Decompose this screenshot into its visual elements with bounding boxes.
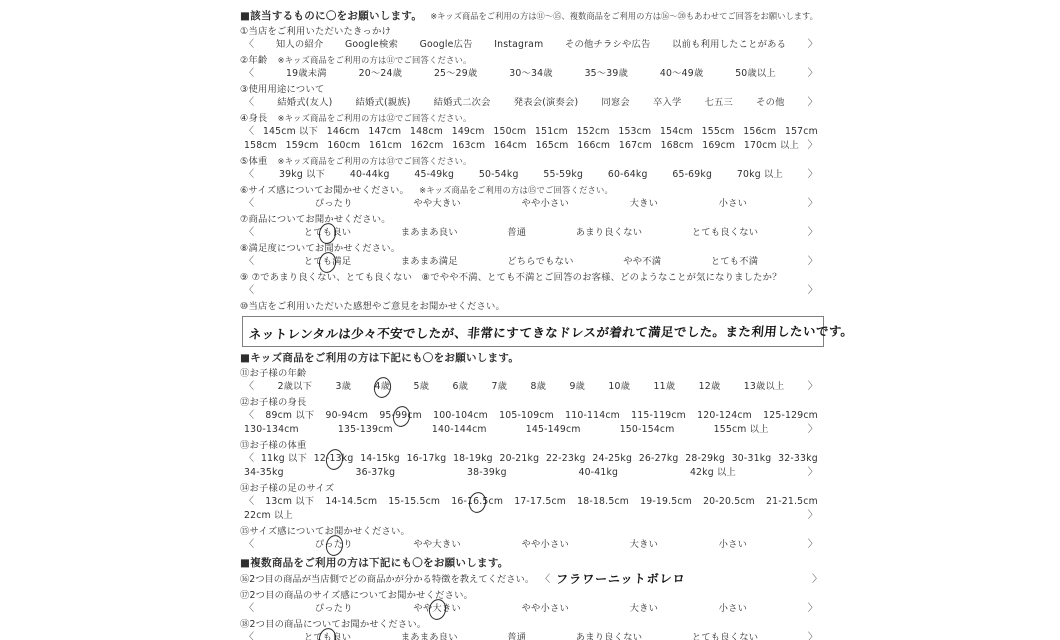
option: 140-144cm bbox=[432, 423, 487, 437]
option: 11kg 以下 bbox=[261, 452, 307, 466]
option: 150cm bbox=[493, 125, 526, 139]
option: 14-14.5cm bbox=[325, 495, 377, 509]
option: どちらでもない bbox=[507, 255, 573, 269]
handwritten-answer: フラワーニットボレロ bbox=[555, 572, 686, 588]
option: 9歳 bbox=[569, 380, 585, 394]
option: 小さい bbox=[719, 602, 748, 616]
option: 21-21.5cm bbox=[766, 495, 818, 509]
option: 164cm bbox=[494, 139, 527, 153]
question-label: ⑦商品についてお聞かせください。 bbox=[240, 213, 822, 226]
bracket-open: 〈 bbox=[244, 602, 254, 616]
question-label: ④身長※キッズ商品をご利用の方は⑫でご回答ください。 bbox=[240, 112, 822, 125]
option: とても良くない bbox=[692, 631, 758, 640]
question-label-text: ⑧満足度についてお聞かせください。 bbox=[240, 243, 400, 254]
answer-box: ネットレンタルは少々不安でしたが、非常にすてきなドレスが着れて満足でした。また利… bbox=[242, 316, 824, 347]
option: 166cm bbox=[577, 139, 610, 153]
bracket-close: 〉 bbox=[808, 226, 818, 240]
option: 13歳以上 bbox=[744, 380, 785, 394]
option: ぴったり bbox=[315, 602, 353, 616]
option: 158cm bbox=[244, 139, 277, 153]
option: あまり良くない bbox=[576, 631, 642, 640]
question-label: ⑥サイズ感についてお聞かせください。※キッズ商品をご利用の方は⑮でご回答ください… bbox=[240, 184, 822, 197]
question-label: ⑮サイズ感についてお聞かせください。 bbox=[240, 525, 822, 538]
option: 42kg 以上 bbox=[690, 466, 736, 480]
question-label-text: ⑪お子様の年齢 bbox=[240, 368, 306, 379]
option: Google広告 bbox=[420, 38, 473, 52]
bracket-open: 〈 bbox=[244, 168, 254, 182]
section-header: ■該当するものに〇をお願いします。※キッズ商品をご利用の方は⑪～⑮、複数商品をご… bbox=[240, 9, 822, 23]
option: 知人の紹介 bbox=[276, 38, 324, 52]
handwritten-answer: ネットレンタルは少々不安でしたが、非常にすてきなドレスが着れて満足でした。また利… bbox=[248, 321, 854, 342]
option: 110-114cm bbox=[565, 409, 620, 423]
option: 28-29kg bbox=[685, 452, 725, 466]
option: 大きい bbox=[630, 602, 659, 616]
question-label-text: ⑱2つ目の商品についてお聞かせください。 bbox=[240, 619, 426, 630]
option: 151cm bbox=[535, 125, 568, 139]
option: 34-35kg bbox=[244, 466, 284, 480]
options-row: 〈39kg 以下40-44kg45-49kg50-54kg55-59kg60-6… bbox=[240, 168, 822, 182]
option-circled: やや大きい bbox=[413, 602, 461, 616]
option: 120-124cm bbox=[697, 409, 752, 423]
option: 170cm 以上 bbox=[744, 139, 799, 153]
bracket-open: 〈 bbox=[244, 96, 254, 110]
option: 39kg 以下 bbox=[279, 168, 325, 182]
option: Google検索 bbox=[345, 38, 398, 52]
option: とても不満 bbox=[711, 255, 759, 269]
option: 159cm bbox=[286, 139, 319, 153]
bracket-close: 〉 bbox=[808, 255, 818, 269]
bracket-open: 〈 bbox=[244, 67, 254, 81]
question-label: ⑩当店をご利用いただいた感想やご意見をお聞かせください。 bbox=[240, 300, 822, 313]
bracket-close: 〉 bbox=[808, 38, 818, 52]
option: 10歳 bbox=[608, 380, 630, 394]
options-row: 〈19歳未満20～24歳25～29歳30～34歳35～39歳40～49歳50歳以… bbox=[240, 67, 822, 81]
option: まあまあ良い bbox=[401, 631, 458, 640]
bracket-close: 〉 bbox=[808, 602, 818, 616]
option: 135-139cm bbox=[338, 423, 393, 437]
option: まあまあ良い bbox=[401, 226, 458, 240]
question-label-text: ⑬お子様の体重 bbox=[240, 440, 306, 451]
option: 7歳 bbox=[491, 380, 507, 394]
bracket-close: 〉 bbox=[808, 423, 818, 437]
option: 26-27kg bbox=[639, 452, 679, 466]
option: 普通 bbox=[507, 226, 526, 240]
option: 130-134cm bbox=[244, 423, 299, 437]
option-circled: 16-16.5cm bbox=[451, 495, 503, 509]
bracket-open: 〈 bbox=[244, 631, 254, 640]
option: 50歳以上 bbox=[735, 67, 776, 81]
option: 36-37kg bbox=[355, 466, 395, 480]
option: 157cm bbox=[785, 125, 818, 139]
option: 普通 bbox=[507, 631, 526, 640]
option: やや不満 bbox=[623, 255, 661, 269]
option: やや小さい bbox=[521, 197, 569, 211]
option: 100-104cm bbox=[433, 409, 488, 423]
section-header: ■キッズ商品をご利用の方は下記にも〇をお願いします。 bbox=[240, 351, 822, 365]
question-note: ※キッズ商品をご利用の方は⑫でご回答ください。 bbox=[278, 113, 472, 123]
scanned-survey-page: ■該当するものに〇をお願いします。※キッズ商品をご利用の方は⑪～⑮、複数商品をご… bbox=[0, 0, 1060, 640]
option: 22cm 以上 bbox=[244, 509, 293, 523]
option: 149cm bbox=[452, 125, 485, 139]
option: 8歳 bbox=[530, 380, 546, 394]
options-row: 〈13cm 以下14-14.5cm15-15.5cm16-16.5cm17-17… bbox=[240, 495, 822, 523]
section-header: ■複数商品をご利用の方は下記にも〇をお願いします。 bbox=[240, 556, 822, 570]
question-label-text: ⑭お子様の足のサイズ bbox=[240, 483, 334, 494]
bracket-close: 〉 bbox=[808, 197, 818, 211]
option: 147cm bbox=[368, 125, 401, 139]
question-label: ⑤体重※キッズ商品をご利用の方は⑬でご回答ください。 bbox=[240, 155, 822, 168]
option: 150-154cm bbox=[620, 423, 675, 437]
option-circled: とても満足 bbox=[304, 255, 352, 269]
bracket-close: 〉 bbox=[808, 466, 818, 480]
option: 大きい bbox=[630, 538, 659, 552]
option: 167cm bbox=[619, 139, 652, 153]
bracket-close: 〉 bbox=[808, 509, 818, 523]
option-circled: 12-13kg bbox=[314, 452, 354, 466]
question-label: ①当店をご利用いただいたきっかけ bbox=[240, 25, 822, 38]
option-circled: 95-99cm bbox=[379, 409, 422, 423]
option: その他 bbox=[756, 96, 785, 110]
bracket-close: 〉 bbox=[808, 67, 818, 81]
option: 35～39歳 bbox=[585, 67, 628, 81]
option: 15-15.5cm bbox=[388, 495, 440, 509]
option: 11歳 bbox=[654, 380, 676, 394]
bracket-open: 〈 bbox=[244, 495, 254, 509]
bracket-close: 〉 bbox=[812, 572, 822, 587]
question-label-text: ⑫お子様の身長 bbox=[240, 397, 306, 408]
option: 55-59kg bbox=[543, 168, 583, 182]
option: 20-20.5cm bbox=[703, 495, 755, 509]
option: 50-54kg bbox=[479, 168, 519, 182]
question-label: ⑪お子様の年齢 bbox=[240, 367, 822, 380]
option: 結婚式(親族) bbox=[355, 96, 410, 110]
question-label-text: ②年齢 bbox=[240, 55, 268, 66]
option: 5歳 bbox=[414, 380, 430, 394]
option: とても良くない bbox=[692, 226, 758, 240]
option: 165cm bbox=[536, 139, 569, 153]
option: 70kg 以上 bbox=[737, 168, 783, 182]
option-circled: 4歳 bbox=[375, 380, 391, 394]
option: 105-109cm bbox=[499, 409, 554, 423]
option: あまり良くない bbox=[576, 226, 642, 240]
question-label: ⑨ ⑦であまり良くない、とても良くない ⑧でやや不満、とても不満とご回答のお客様… bbox=[240, 271, 822, 284]
question-label-text: ⑨ ⑦であまり良くない、とても良くない ⑧でやや不満、とても不満とご回答のお客様… bbox=[240, 272, 782, 283]
bracket-close: 〉 bbox=[808, 380, 818, 394]
option: 19-19.5cm bbox=[640, 495, 692, 509]
option: 2歳以下 bbox=[278, 380, 313, 394]
question-label: ③使用用途について bbox=[240, 83, 822, 96]
inline-answer-row: ⑯2つ目の商品が当店側でどの商品かが分かる特徴を教えてください。〈フラワーニット… bbox=[240, 572, 822, 587]
option: 18-18.5cm bbox=[577, 495, 629, 509]
option: 146cm bbox=[327, 125, 360, 139]
options-row: 〈とても良いまあまあ良い普通あまり良くないとても良くない〉 bbox=[240, 226, 822, 240]
options-row: 〈とても満足まあまあ満足どちらでもないやや不満とても不満〉 bbox=[240, 255, 822, 269]
option: 発表会(演奏会) bbox=[514, 96, 579, 110]
option-circled: とても良い bbox=[304, 226, 352, 240]
option: 155cm 以上 bbox=[714, 423, 769, 437]
option: 168cm bbox=[661, 139, 694, 153]
option: やや小さい bbox=[521, 602, 569, 616]
option: 6歳 bbox=[452, 380, 468, 394]
option: やや小さい bbox=[521, 538, 569, 552]
section-header-note: ※キッズ商品をご利用の方は⑪～⑮、複数商品をご利用の方は⑯～⑳もあわせてご回答を… bbox=[430, 11, 818, 21]
option-circled: ぴったり bbox=[315, 538, 353, 552]
option: 七五三 bbox=[705, 96, 734, 110]
question-note: ※キッズ商品をご利用の方は⑮でご回答ください。 bbox=[419, 185, 613, 195]
option: 結婚式(友人) bbox=[277, 96, 332, 110]
options-row: 〈結婚式(友人)結婚式(親族)結婚式二次会発表会(演奏会)同窓会卒入学七五三その… bbox=[240, 96, 822, 110]
question-label: ⑧満足度についてお聞かせください。 bbox=[240, 242, 822, 255]
option: 162cm bbox=[411, 139, 444, 153]
option: 12歳 bbox=[699, 380, 721, 394]
question-label-text: ⑩当店をご利用いただいた感想やご意見をお聞かせください。 bbox=[240, 301, 505, 312]
option: 65-69kg bbox=[672, 168, 712, 182]
bracket-open: 〈 bbox=[244, 38, 254, 52]
option: 156cm bbox=[743, 125, 776, 139]
question-label-text: ⑥サイズ感についてお聞かせください。 bbox=[240, 185, 409, 196]
bracket-close: 〉 bbox=[808, 631, 818, 640]
question-label: ⑭お子様の足のサイズ bbox=[240, 482, 822, 495]
question-label: ⑰2つ目の商品のサイズ感についてお聞かせください。 bbox=[240, 589, 822, 602]
bracket-close: 〉 bbox=[808, 284, 818, 298]
options-row: 〈知人の紹介Google検索Google広告Instagramその他チラシや広告… bbox=[240, 38, 822, 52]
option: その他チラシや広告 bbox=[565, 38, 650, 52]
option: 40-41kg bbox=[578, 466, 618, 480]
options-row: 〈11kg 以下12-13kg14-15kg16-17kg18-19kg20-2… bbox=[240, 452, 822, 480]
options-row: 〈2歳以下3歳4歳5歳6歳7歳8歳9歳10歳11歳12歳13歳以上〉 bbox=[240, 380, 822, 394]
option: 13cm 以下 bbox=[265, 495, 314, 509]
option: 以前も利用したことがある bbox=[672, 38, 786, 52]
option: まあまあ満足 bbox=[401, 255, 458, 269]
option: 45-49kg bbox=[414, 168, 454, 182]
option: 17-17.5cm bbox=[514, 495, 566, 509]
options-row: 〈145cm 以下146cm147cm148cm149cm150cm151cm1… bbox=[240, 125, 822, 153]
option-circled: とても良い bbox=[304, 631, 352, 640]
bracket-close: 〉 bbox=[808, 168, 818, 182]
section-header-text: ■該当するものに〇をお願いします。 bbox=[240, 10, 422, 22]
question-label: ⑬お子様の体重 bbox=[240, 439, 822, 452]
option: 160cm bbox=[327, 139, 360, 153]
bracket-close: 〉 bbox=[808, 538, 818, 552]
option: 卒入学 bbox=[653, 96, 682, 110]
option: 20-21kg bbox=[500, 452, 540, 466]
bracket-open: 〈 bbox=[244, 226, 254, 240]
option: 30-31kg bbox=[732, 452, 772, 466]
option: 155cm bbox=[702, 125, 735, 139]
option: 125-129cm bbox=[763, 409, 818, 423]
option: 89cm 以下 bbox=[265, 409, 314, 423]
options-row: 〈ぴったりやや大きいやや小さい大きい小さい〉 bbox=[240, 538, 822, 552]
section-header-text: ■キッズ商品をご利用の方は下記にも〇をお願いします。 bbox=[240, 352, 519, 364]
option: やや大きい bbox=[413, 538, 461, 552]
option: 3歳 bbox=[336, 380, 352, 394]
option: 16-17kg bbox=[407, 452, 447, 466]
option: 145-149cm bbox=[526, 423, 581, 437]
option: 24-25kg bbox=[592, 452, 632, 466]
option: 163cm bbox=[452, 139, 485, 153]
option: 154cm bbox=[660, 125, 693, 139]
question-label-text: ③使用用途について bbox=[240, 84, 324, 95]
survey-form: ■該当するものに〇をお願いします。※キッズ商品をご利用の方は⑪～⑮、複数商品をご… bbox=[240, 5, 822, 640]
option: 小さい bbox=[719, 197, 748, 211]
option: 14-15kg bbox=[360, 452, 400, 466]
question-label-text: ④身長 bbox=[240, 113, 268, 124]
bracket-open: 〈 bbox=[244, 538, 254, 552]
option: 115-119cm bbox=[631, 409, 686, 423]
bracket-open: 〈 bbox=[244, 284, 254, 298]
option: ぴったり bbox=[315, 197, 353, 211]
options-row: 〈〉 bbox=[240, 284, 822, 298]
bracket-open: 〈 bbox=[244, 255, 254, 269]
option: 25～29歳 bbox=[434, 67, 477, 81]
question-label: ②年齢※キッズ商品をご利用の方は⑪でご回答ください。 bbox=[240, 54, 822, 67]
option: 大きい bbox=[630, 197, 659, 211]
options-row: 〈とても良いまあまあ良い普通あまり良くないとても良くない〉 bbox=[240, 631, 822, 640]
option: 148cm bbox=[410, 125, 443, 139]
option: Instagram bbox=[494, 38, 543, 52]
question-note: ※キッズ商品をご利用の方は⑬でご回答ください。 bbox=[278, 156, 472, 166]
bracket-close: 〉 bbox=[808, 96, 818, 110]
option: 169cm bbox=[702, 139, 735, 153]
question-label-text: ⑮サイズ感についてお聞かせください。 bbox=[240, 526, 410, 537]
option: 結婚式二次会 bbox=[434, 96, 491, 110]
option: 22-23kg bbox=[546, 452, 586, 466]
option: 32-33kg bbox=[778, 452, 818, 466]
option: 90-94cm bbox=[326, 409, 369, 423]
bracket-open: 〈 bbox=[244, 125, 254, 139]
question-label-text: ⑰2つ目の商品のサイズ感についてお聞かせください。 bbox=[240, 590, 473, 601]
option: 19歳未満 bbox=[286, 67, 327, 81]
bracket-close: 〉 bbox=[808, 139, 818, 153]
option: 18-19kg bbox=[453, 452, 493, 466]
option: やや大きい bbox=[413, 197, 461, 211]
options-row: 〈89cm 以下90-94cm95-99cm100-104cm105-109cm… bbox=[240, 409, 822, 437]
section-header-text: ■複数商品をご利用の方は下記にも〇をお願いします。 bbox=[240, 557, 509, 569]
bracket-open: 〈 bbox=[244, 409, 254, 423]
question-label-text: ⑯2つ目の商品が当店側でどの商品かが分かる特徴を教えてください。 bbox=[240, 572, 534, 587]
option: 20～24歳 bbox=[359, 67, 402, 81]
option: 同窓会 bbox=[601, 96, 630, 110]
bracket-open: 〈 bbox=[244, 197, 254, 211]
option: 153cm bbox=[618, 125, 651, 139]
option: 60-64kg bbox=[608, 168, 648, 182]
question-note: ※キッズ商品をご利用の方は⑪でご回答ください。 bbox=[278, 55, 472, 65]
question-label: ⑫お子様の身長 bbox=[240, 396, 822, 409]
option: 38-39kg bbox=[467, 466, 507, 480]
bracket-open: 〈 bbox=[244, 452, 254, 466]
question-label-text: ⑦商品についてお聞かせください。 bbox=[240, 214, 391, 225]
option: 161cm bbox=[369, 139, 402, 153]
question-label-text: ⑤体重 bbox=[240, 156, 268, 167]
bracket-open: 〈 bbox=[244, 380, 254, 394]
option: 152cm bbox=[577, 125, 610, 139]
option: 小さい bbox=[719, 538, 748, 552]
option: 40-44kg bbox=[350, 168, 390, 182]
option: 30～34歳 bbox=[509, 67, 552, 81]
question-label-text: ①当店をご利用いただいたきっかけ bbox=[240, 26, 391, 37]
option: 145cm 以下 bbox=[263, 125, 318, 139]
option: 40～49歳 bbox=[660, 67, 703, 81]
bracket-open: 〈 bbox=[540, 572, 550, 587]
options-row: 〈ぴったりやや大きいやや小さい大きい小さい〉 bbox=[240, 197, 822, 211]
question-label: ⑱2つ目の商品についてお聞かせください。 bbox=[240, 618, 822, 631]
options-row: 〈ぴったりやや大きいやや小さい大きい小さい〉 bbox=[240, 602, 822, 616]
